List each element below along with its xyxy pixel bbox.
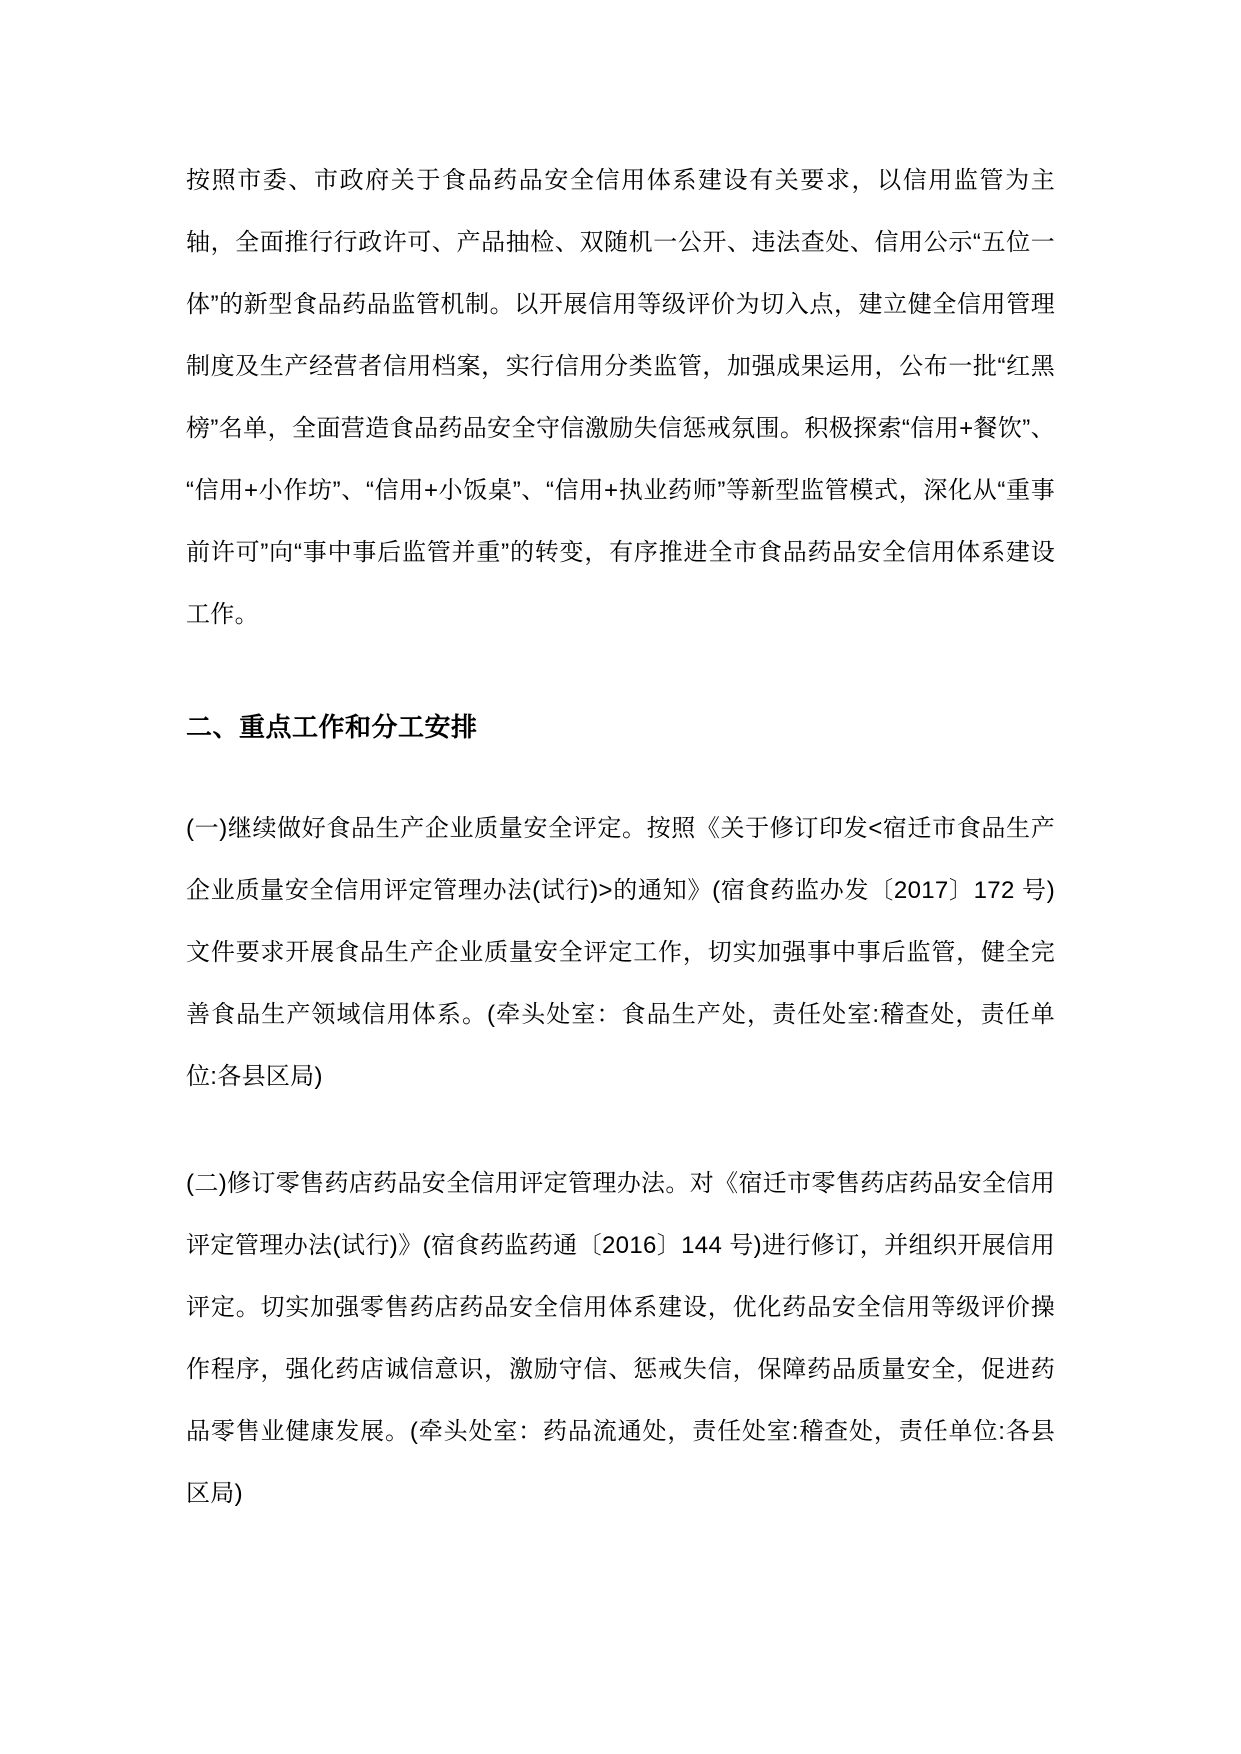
section-heading-key-work: 二、重点工作和分工安排 xyxy=(186,696,1055,758)
paragraph-item-1-food-production-rating: (一)继续做好食品生产企业质量安全评定。按照《关于修订印发<宿迁市食品生产企业质… xyxy=(186,798,1055,1108)
paragraph-credit-system-overview: 按照市委、市政府关于食品药品安全信用体系建设有关要求，以信用监管为主轴，全面推行… xyxy=(186,150,1055,646)
document-page: 按照市委、市政府关于食品药品安全信用体系建设有关要求，以信用监管为主轴，全面推行… xyxy=(0,0,1241,1754)
paragraph-item-2-retail-pharmacy-rating: (二)修订零售药店药品安全信用评定管理办法。对《宿迁市零售药店药品安全信用评定管… xyxy=(186,1153,1055,1525)
